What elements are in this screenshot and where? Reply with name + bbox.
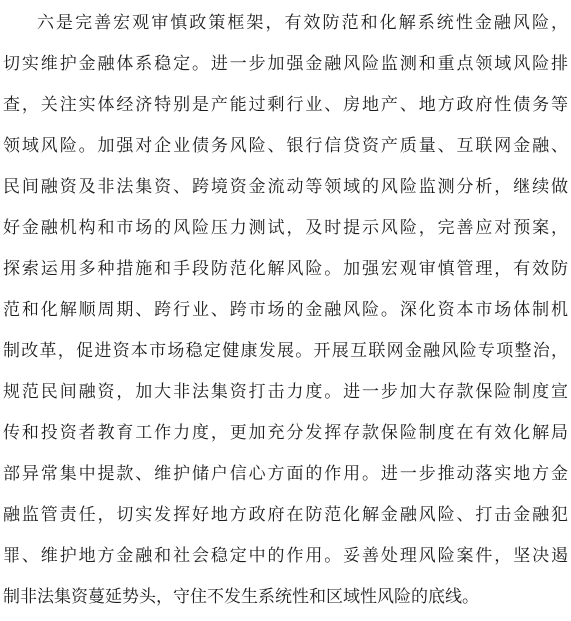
text-line: 探索运用多种措施和手段防范化解风险。加强宏观审慎管理，有效防 <box>3 248 568 289</box>
text-line: 范和化解顺周期、跨行业、跨市场的金融风险。深化资本市场体制机 <box>3 289 568 330</box>
text-line: 融监管责任，切实发挥好地方政府在防范化解金融风险、打击金融犯 <box>3 494 568 535</box>
text-line: 部异常集中提款、维护储户信心方面的作用。进一步推动落实地方金 <box>3 453 568 494</box>
text-line: 制改革，促进资本市场稳定健康发展。开展互联网金融风险专项整治， <box>3 330 568 371</box>
text-line: 好金融机构和市场的风险压力测试，及时提示风险，完善应对预案， <box>3 207 568 248</box>
text-line: 领域风险。加强对企业债务风险、银行信贷资产质量、互联网金融、 <box>3 125 568 166</box>
document-page: 六是完善宏观审慎政策框架，有效防范和化解系统性金融风险， 切实维护金融体系稳定。… <box>0 0 571 621</box>
text-line: 切实维护金融体系稳定。进一步加强金融风险监测和重点领域风险排 <box>3 43 568 84</box>
paragraph-financial-risk: 六是完善宏观审慎政策框架，有效防范和化解系统性金融风险， 切实维护金融体系稳定。… <box>3 2 568 617</box>
text-line: 规范民间融资，加大非法集资打击力度。进一步加大存款保险制度宣 <box>3 371 568 412</box>
text-line: 制非法集资蔓延势头，守住不发生系统性和区域性风险的底线。 <box>3 576 568 617</box>
text-line: 查，关注实体经济特别是产能过剩行业、房地产、地方政府性债务等 <box>3 84 568 125</box>
text-line: 传和投资者教育工作力度，更加充分发挥存款保险制度在有效化解局 <box>3 412 568 453</box>
text-line: 六是完善宏观审慎政策框架，有效防范和化解系统性金融风险， <box>3 2 568 43</box>
text-line: 罪、维护地方金融和社会稳定中的作用。妥善处理风险案件，坚决遏 <box>3 535 568 576</box>
text-line: 民间融资及非法集资、跨境资金流动等领域的风险监测分析，继续做 <box>3 166 568 207</box>
